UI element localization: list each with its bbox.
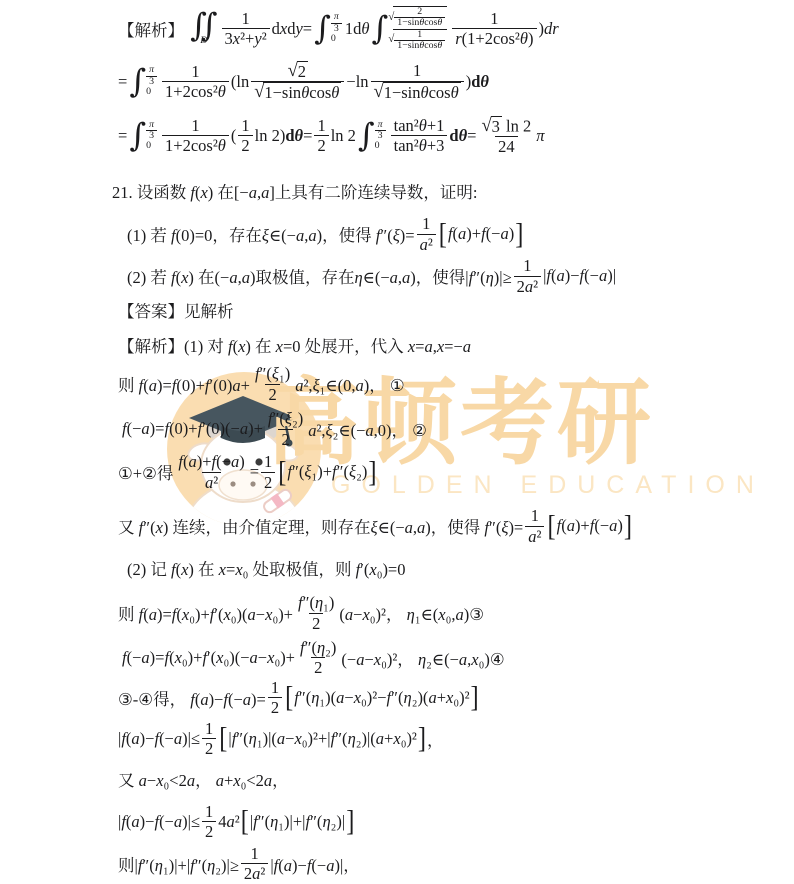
math-text: 1dθ [345,19,370,39]
fraction-numerator: π [375,120,386,130]
sqrt-radical: √1−sinθcosθ [374,82,461,102]
math-text: 【解析】(1) 对 f(x) 在 x=0 处展开，代入 x=a,x=−a [118,333,471,357]
math-line: 则 f(a)=f(0)+f′(0)a+f″(ξ₁)2a²,ξ₁∈(0,a)， ① [0,364,794,404]
math-text: 3x²+y² [225,29,267,48]
fraction-numerator: 1 [238,9,252,28]
fraction-numerator: 1 [414,30,425,40]
math-content: 【解析】 ∬D13x²+y²dxdy=∫π301dθ∫√21−sinθcosθ√… [0,0,794,884]
math-text: 2 [312,614,320,633]
fraction: π3 [331,12,342,34]
fraction-numerator: 1 [487,9,501,28]
math-text: a²,ξ₂∈(−a,0)， ② [308,417,427,441]
math-text: 1 [205,719,213,738]
integral-sign-icon: ∫ [358,122,375,149]
fraction-numerator: 1 [202,719,216,738]
math-line: 则|f″(η₁)|+|f″(η₂)|≥12a²|f(a)−f(−a)|， [0,844,794,884]
fraction: 11−sinθcosθ [394,30,445,52]
math-text: 1 [531,506,539,525]
fraction: f(a)+f(−a)a² [175,452,247,492]
math-text: dθ [471,72,489,91]
radicand: 1−sinθcosθ [263,82,341,102]
fraction-denominator: 2 [202,821,216,841]
fraction: √3 ln 224 [478,116,534,157]
math-text: π [149,64,154,75]
integral-bounds: π30 [331,12,342,45]
math-text: 【答案】见解析 [118,298,234,322]
math-line: 【答案】见解析 [0,298,794,322]
integral: ∬D [190,12,217,46]
fraction: 12 [238,116,252,156]
math-text: = [118,72,127,92]
math-line: 【解析】 ∬D13x²+y²dxdy=∫π301dθ∫√21−sinθcosθ√… [0,8,794,50]
fraction: 12 [268,678,282,718]
math-text: π [149,119,154,130]
math-text: 则 f(a)=f(x₀)+f′(x₀)(a−x₀)+ [118,601,293,625]
fraction: 1a² [525,506,544,546]
fraction: π3 [375,120,386,142]
radicand: 21−sinθcosθ [393,6,447,29]
math-text: 2a² [244,864,265,883]
math-text: 1+2cos²θ [165,82,226,101]
math-text: a²,ξ₁∈(0,a)， ① [295,372,404,396]
math-text: π [378,119,383,130]
math-text: )dr [539,19,559,39]
fraction: tan²θ+1tan²θ+3 [391,116,448,156]
sqrt-radical: √1−sinθcosθ [254,82,341,102]
integral-bounds: π30 [146,120,157,153]
fraction-denominator: tan²θ+3 [391,135,448,155]
math-text: (−a−x₀)²， η₂∈(−a,x₀)④ [341,646,504,670]
math-text: 0 [146,140,151,151]
math-text: f″(η₁) [298,593,334,612]
math-text: 2 [205,822,213,841]
fraction: 12 [314,116,328,156]
fraction: 21−sinθcosθ [394,7,445,29]
big-bracket: ] [418,728,426,749]
math-line: (2) 若 f(x) 在(−a,a)取极值，存在η∈(−a,a)，使得|f″(η… [0,256,794,296]
math-text: 1−sinθcosθ [397,17,442,28]
math-text: = [250,462,259,482]
math-text: a² [420,235,433,254]
integral-bounds: π30 [375,120,386,153]
fraction-numerator: f(a)+f(−a) [175,452,247,471]
fraction-numerator: π [146,120,157,130]
math-text: 3 [149,130,154,141]
sqrt-radical: √3 [481,116,501,136]
integral-sign-icon: ∫ [129,122,146,149]
fraction-numerator: π [331,12,342,22]
integral-upper-bound: π3 [146,120,157,142]
math-text: 3 [334,23,339,34]
big-bracket: [ [278,462,286,483]
math-text: 2 [314,658,322,677]
fraction: 12 [202,802,216,842]
fraction-numerator: 1 [314,116,328,135]
math-line: f(−a)=f(x₀)+f′(x₀)(−a−x₀)+f″(η₂)2(−a−x₀)… [0,638,794,678]
fraction-numerator: 1 [261,452,275,471]
math-text: 2 [281,430,289,449]
math-line: |f(a)−f(−a)|≤124a²[|f″(η₁)|+|f″(η₂)|] [0,802,794,842]
big-bracket: [ [241,811,249,832]
fraction-denominator: a² [202,472,221,492]
math-line: (2) 记 f(x) 在 x=x₀ 处取极值，则 f′(x₀)=0 [0,556,794,580]
fraction-denominator: 2 [314,135,328,155]
math-text: = [303,126,312,146]
big-bracket: ] [346,811,354,832]
fraction-numerator: 1 [238,116,252,135]
big-bracket: [ [439,224,447,245]
fraction-numerator: 1 [528,506,542,525]
fraction-denominator: a² [525,526,544,546]
integral-lower-bound: 0 [146,87,151,98]
math-text: f(−a)=f(x₀)+f′(x₀)(−a−x₀)+ [122,648,295,668]
math-line: 21. 设函数 f(x) 在[−a,a]上具有二阶连续导数，证明: [0,179,794,203]
math-text: f″(ξ₁) [255,364,290,383]
math-text: 2a² [517,277,538,296]
fraction-denominator: 1−sinθcosθ [394,40,445,51]
fraction-numerator: f″(η₂) [297,638,339,657]
math-text: |f(a)−f(−a)|≤ [118,812,200,832]
fraction-denominator: 2 [238,135,252,155]
fraction-numerator: 1 [248,844,262,863]
math-text: 21. 设函数 f(x) 在[−a,a]上具有二阶连续导数，证明: [112,179,477,203]
math-text: ln 2 [502,116,531,135]
integral-upper-bound: π3 [375,120,386,142]
integral-upper-bound: π3 [146,65,157,87]
math-text: (a−x₀)²， η₁∈(x₀,a)③ [339,601,484,625]
big-bracket: ] [624,516,632,537]
math-text: 1−sinθcosθ [264,83,339,102]
fraction: 12 [261,452,275,492]
fraction-denominator: 2 [202,738,216,758]
integral-lower-bound: 0 [146,141,151,152]
fraction-denominator: 2 [261,472,275,492]
math-text: 2 [268,385,276,404]
math-line: f(−a)=f(0)+f′(0)(−a)+f″(ξ₂)2a²,ξ₂∈(−a,0)… [0,409,794,449]
fraction-denominator: 2 [265,384,279,404]
fraction-numerator: f″(η₁) [295,593,337,612]
integral-sign-icon: ∫ [371,15,388,42]
math-line: ①+②得f(a)+f(−a)a²=12[f″(ξ₁)+f″(ξ₂)] [0,452,794,492]
math-text: tan²θ+1 [394,116,445,135]
math-text: (2) 记 f(x) 在 x=x₀ 处取极值，则 f′(x₀)=0 [127,556,406,580]
math-text: 2 [205,739,213,758]
math-text: 1 [205,802,213,821]
math-text: 2 [264,473,272,492]
fraction-numerator: √2 [285,61,311,81]
fraction-numerator: 1 [202,802,216,821]
fraction-numerator: 1 [188,62,202,81]
math-text: f(a)+f(−a) [557,516,623,536]
radicand: 2 [297,61,308,81]
fraction: 11+2cos²θ [162,62,229,102]
math-text: 1 [251,844,259,863]
math-text: f″(ξ₁)+f″(ξ₂) [287,462,367,482]
math-text: (1) 若 f(0)=0，存在ξ∈(−a,a)，使得 f″(ξ)= [127,222,415,246]
big-bracket: [ [219,728,227,749]
math-text: 则|f″(η₁)|+|f″(η₂)|≥ [118,852,239,876]
fraction-denominator: √1−sinθcosθ [251,81,344,102]
fraction: √2√1−sinθcosθ [251,61,344,103]
fraction-denominator: 2a² [241,863,268,883]
fraction-denominator: 2 [278,429,292,449]
fraction-denominator: 3x²+y² [222,28,270,48]
fraction-numerator: 2 [414,7,425,17]
math-line: 又 f″(x) 连续，由介值定理，则存在ξ∈(−a,a)，使得 f″(ξ)=1a… [0,506,794,546]
math-text: 【解析】 [118,17,188,41]
math-text: 2 [271,698,279,717]
integral-domain: D [200,36,207,46]
math-text: dxdy= [272,19,312,39]
fraction: 1r(1+2cos²θ) [452,9,536,49]
fraction: f″(ξ₂)2 [265,409,306,449]
fraction-numerator: f″(ξ₂) [265,409,306,428]
integral-bounds: √21−sinθcosθ√11−sinθcosθ [388,6,447,52]
math-line: ③-④得， f(a)−f(−a)=12[f″(η₁)(a−x₀)²−f″(η₂)… [0,678,794,718]
math-text: f(a)+f(−a) [178,452,244,471]
fraction: 1√1−sinθcosθ [371,61,464,102]
math-text: |f″(η₁)|+|f″(η₂)| [250,812,345,832]
math-text: f(−a)=f(0)+f′(0)(−a)+ [122,419,263,439]
radicand: 11−sinθcosθ [393,29,447,52]
math-line: 【解析】(1) 对 f(x) 在 x=0 处展开，代入 x=a,x=−a [0,333,794,357]
fraction-numerator: 1 [520,256,534,275]
math-text: |f″(η₁)|(a−x₀)²+|f″(η₂)|(a+x₀)² [228,729,417,749]
math-text: |f(a)−f(−a)|， [270,852,359,876]
math-line: 又 a−x₀<2a， a+x₀<2a， [0,767,794,791]
fraction-denominator: 2 [268,697,282,717]
fraction: 11+2cos²θ [162,116,229,156]
math-text: 1 [241,116,249,135]
fraction: 12a² [514,256,541,296]
big-bracket: [ [547,516,555,537]
math-text: ， [427,727,444,751]
fraction-numerator: 1 [188,116,202,135]
big-bracket: [ [285,687,293,708]
math-text: 24 [498,137,515,156]
math-text: r(1+2cos²θ) [455,29,533,48]
integral-sign-icon: ∫ [129,68,146,95]
fraction: f″(ξ₁)2 [252,364,293,404]
sqrt-radical: √11−sinθcosθ [388,29,447,52]
math-text: (2) 若 f(x) 在(−a,a)取极值，存在η∈(−a,a)，使得|f″(η… [127,264,512,288]
math-text: (ln [231,72,249,92]
math-text: ①+②得 [118,460,173,484]
math-text: dθ [285,126,303,145]
math-line: =∫π3011+2cos²θ(12ln 2)dθ=12ln 2∫π30tan²θ… [0,116,794,157]
math-text: f″(ξ₂) [268,409,303,428]
integral: ∫π30 [358,122,387,151]
math-text: 1 [523,256,531,275]
fraction-denominator: √1−sinθcosθ [371,81,464,102]
math-text: 又 a−x₀<2a， a+x₀<2a， [118,767,289,791]
math-text: 1 [191,62,199,81]
integral-with-domain: ∬D [190,12,217,46]
math-text: 3 [378,130,383,141]
fraction-numerator: f″(ξ₁) [252,364,293,383]
math-text: |f(a)−f(−a)|≤ [118,729,200,749]
fraction-denominator: r(1+2cos²θ) [452,28,536,48]
math-line: 则 f(a)=f(x₀)+f′(x₀)(a−x₀)+f″(η₁)2(a−x₀)²… [0,593,794,633]
radicand: 1−sinθcosθ [383,82,461,102]
document-page: 高顿考研 GOLDEN EDUCATION 【解析】 ∬D13x²+y²dxdy… [0,0,794,884]
bold-math: dθ [471,72,489,92]
math-text: f″(η₂) [300,638,336,657]
math-text: 1 [264,452,272,471]
fraction: 12 [202,719,216,759]
math-text: dθ [449,126,467,145]
integral-lower-bound: 0 [331,34,336,45]
math-line: (1) 若 f(0)=0，存在ξ∈(−a,a)，使得 f″(ξ)=1a²[f(a… [0,214,794,254]
fraction-numerator: tan²θ+1 [391,116,448,135]
fraction-denominator: 2a² [514,276,541,296]
integral-upper-bound: √21−sinθcosθ [388,6,447,29]
integral: ∫π30 [314,14,343,43]
math-line: |f(a)−f(−a)|≤12[|f″(η₁)|(a−x₀)²+|f″(η₂)|… [0,719,794,759]
math-text: ln 2) [255,126,286,146]
fraction: π3 [146,120,157,142]
math-text: f(a)+f(−a) [448,224,514,244]
fraction-numerator: 1 [410,61,424,80]
math-text: π [334,11,339,22]
math-text: 0 [146,86,151,97]
fraction-denominator: 2 [311,657,325,677]
math-text: 1 [191,116,199,135]
math-text: 1+2cos²θ [165,136,226,155]
big-bracket: ] [471,687,479,708]
math-text: 1 [271,678,279,697]
fraction-numerator: 1 [268,678,282,697]
fraction: 13x²+y² [222,9,270,49]
math-text: tan²θ+3 [394,136,445,155]
math-text: |f(a)−f(−a)| [543,266,616,286]
integral: ∫π30 [129,67,158,96]
math-text: ( [231,126,237,146]
fraction-denominator: 1+2cos²θ [162,135,229,155]
math-text: ln 2 [331,126,356,146]
integral-bounds: π30 [146,65,157,98]
bold-math: dθ [285,126,303,146]
sqrt-radical: √2 [288,61,308,81]
integral-sign-icon: ∫ [314,15,331,42]
fraction-denominator: a² [417,234,436,254]
big-bracket: ] [515,224,523,245]
fraction-denominator: 24 [495,136,518,156]
math-text: 1 [241,9,249,28]
math-text: = [467,126,476,146]
math-text: 0 [375,140,380,151]
math-text: 1 [417,29,422,40]
math-text: 0 [331,33,336,44]
math-text: −ln [346,72,368,92]
fraction: f″(η₂)2 [297,638,339,678]
math-text: a² [205,473,218,492]
integral-lower-bound: √11−sinθcosθ [388,29,447,52]
math-text: 3 [492,117,500,136]
math-text: π [536,126,544,146]
math-text: D [200,35,207,46]
integral-upper-bound: π3 [331,12,342,34]
math-text: 2 [317,136,325,155]
fraction-denominator: 1−sinθcosθ [394,17,445,28]
math-text: 1−sinθcosθ [384,83,459,102]
math-text: 则 f(a)=f(0)+f′(0)a+ [118,372,250,396]
math-text: ③-④得， f(a)−f(−a)= [118,686,266,710]
fraction: 12a² [241,844,268,884]
math-text: 2 [417,6,422,17]
math-text: 1 [413,61,421,80]
fraction-numerator: π [146,65,157,75]
fraction-numerator: 1 [419,214,433,233]
math-text: 又 f″(x) 连续，由介值定理，则存在ξ∈(−a,a)，使得 f″(ξ)= [118,514,523,538]
integral-lower-bound: 0 [375,141,380,152]
fraction-numerator: √3 ln 2 [478,116,534,136]
math-text: 1 [490,9,498,28]
math-text: 4a² [218,812,239,832]
fraction: 1a² [417,214,436,254]
fraction-denominator: 2 [309,613,323,633]
math-text: 3 [149,76,154,87]
fraction-denominator: 1+2cos²θ [162,81,229,101]
sqrt-radical: √21−sinθcosθ [388,6,447,29]
integral: ∫√21−sinθcosθ√11−sinθcosθ [371,8,448,50]
math-text: 1 [317,116,325,135]
math-text: f″(η₁)(a−x₀)²−f″(η₂)(a+x₀)² [294,688,469,708]
math-line: =∫π3011+2cos²θ(ln√2√1−sinθcosθ−ln1√1−sin… [0,61,794,103]
fraction: π3 [146,65,157,87]
fraction: f″(η₁)2 [295,593,337,633]
math-text: 1−sinθcosθ [397,40,442,51]
math-text: a² [528,527,541,546]
radicand: 3 [491,116,502,136]
integral: ∫π30 [129,122,158,151]
bold-math: dθ [449,126,467,146]
math-text: 2 [241,136,249,155]
math-text: 2 [298,62,306,81]
math-text: 1 [422,214,430,233]
big-bracket: ] [368,462,376,483]
math-text: = [118,126,127,146]
